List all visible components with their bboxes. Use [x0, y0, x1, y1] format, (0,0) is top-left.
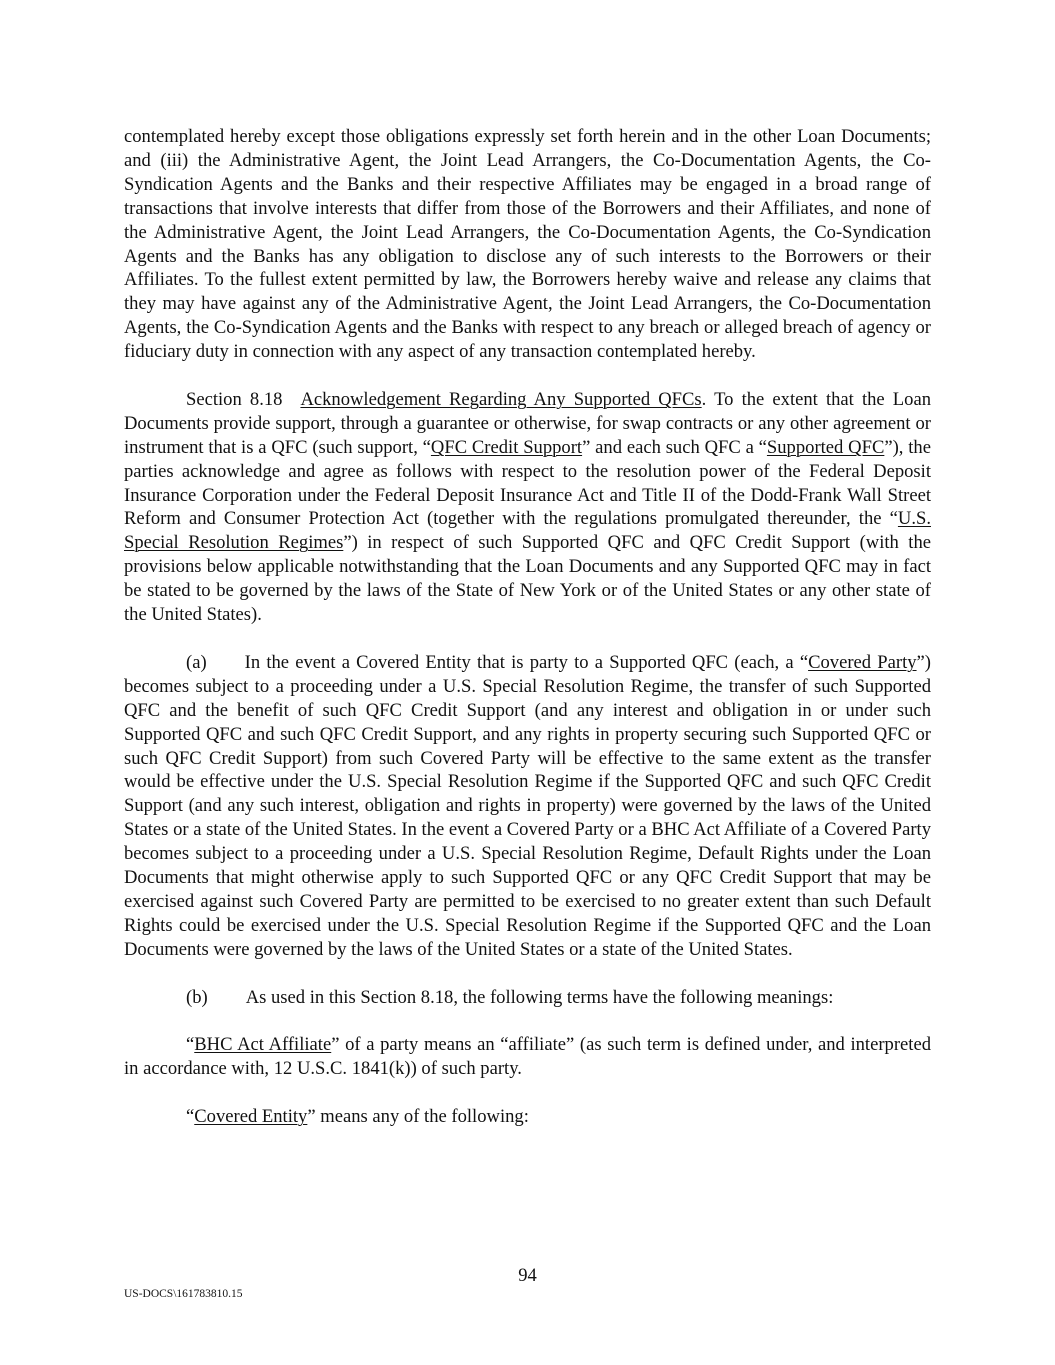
definition-text: ” means any of the following: — [307, 1106, 529, 1127]
document-page: contemplated hereby except those obligat… — [124, 125, 931, 1153]
clause-a-text: ”) becomes subject to a proceeding under… — [124, 652, 931, 960]
defined-term-covered-party: Covered Party — [808, 652, 916, 673]
section-text: ” and each such QFC a “ — [582, 437, 767, 458]
defined-term-bhc-act-affiliate: BHC Act Affiliate — [194, 1034, 331, 1055]
section-8-18-paragraph: Section 8.18Acknowledgement Regarding An… — [124, 388, 931, 627]
clause-a-paragraph: (a)In the event a Covered Entity that is… — [124, 651, 931, 962]
clause-a-text: In the event a Covered Entity that is pa… — [245, 652, 808, 673]
section-title: Acknowledgement Regarding Any Supported … — [300, 389, 701, 410]
clause-b-text: As used in this Section 8.18, the follow… — [246, 987, 834, 1008]
defined-term-qfc-credit-support: QFC Credit Support — [431, 437, 582, 458]
clause-b-paragraph: (b)As used in this Section 8.18, the fol… — [124, 986, 931, 1010]
clause-a-label: (a) — [186, 652, 207, 673]
defined-term-supported-qfc: Supported QFC — [767, 437, 884, 458]
continuation-paragraph: contemplated hereby except those obligat… — [124, 125, 931, 364]
defined-term-covered-entity: Covered Entity — [194, 1106, 307, 1127]
definition-bhc-act-affiliate: “BHC Act Affiliate” of a party means an … — [124, 1033, 931, 1081]
document-id: US-DOCS\161783810.15 — [124, 1288, 243, 1300]
page-number: 94 — [0, 1265, 1055, 1287]
clause-b-label: (b) — [186, 987, 208, 1008]
section-number: Section 8.18 — [186, 389, 282, 410]
definition-covered-entity: “Covered Entity” means any of the follow… — [124, 1105, 931, 1129]
